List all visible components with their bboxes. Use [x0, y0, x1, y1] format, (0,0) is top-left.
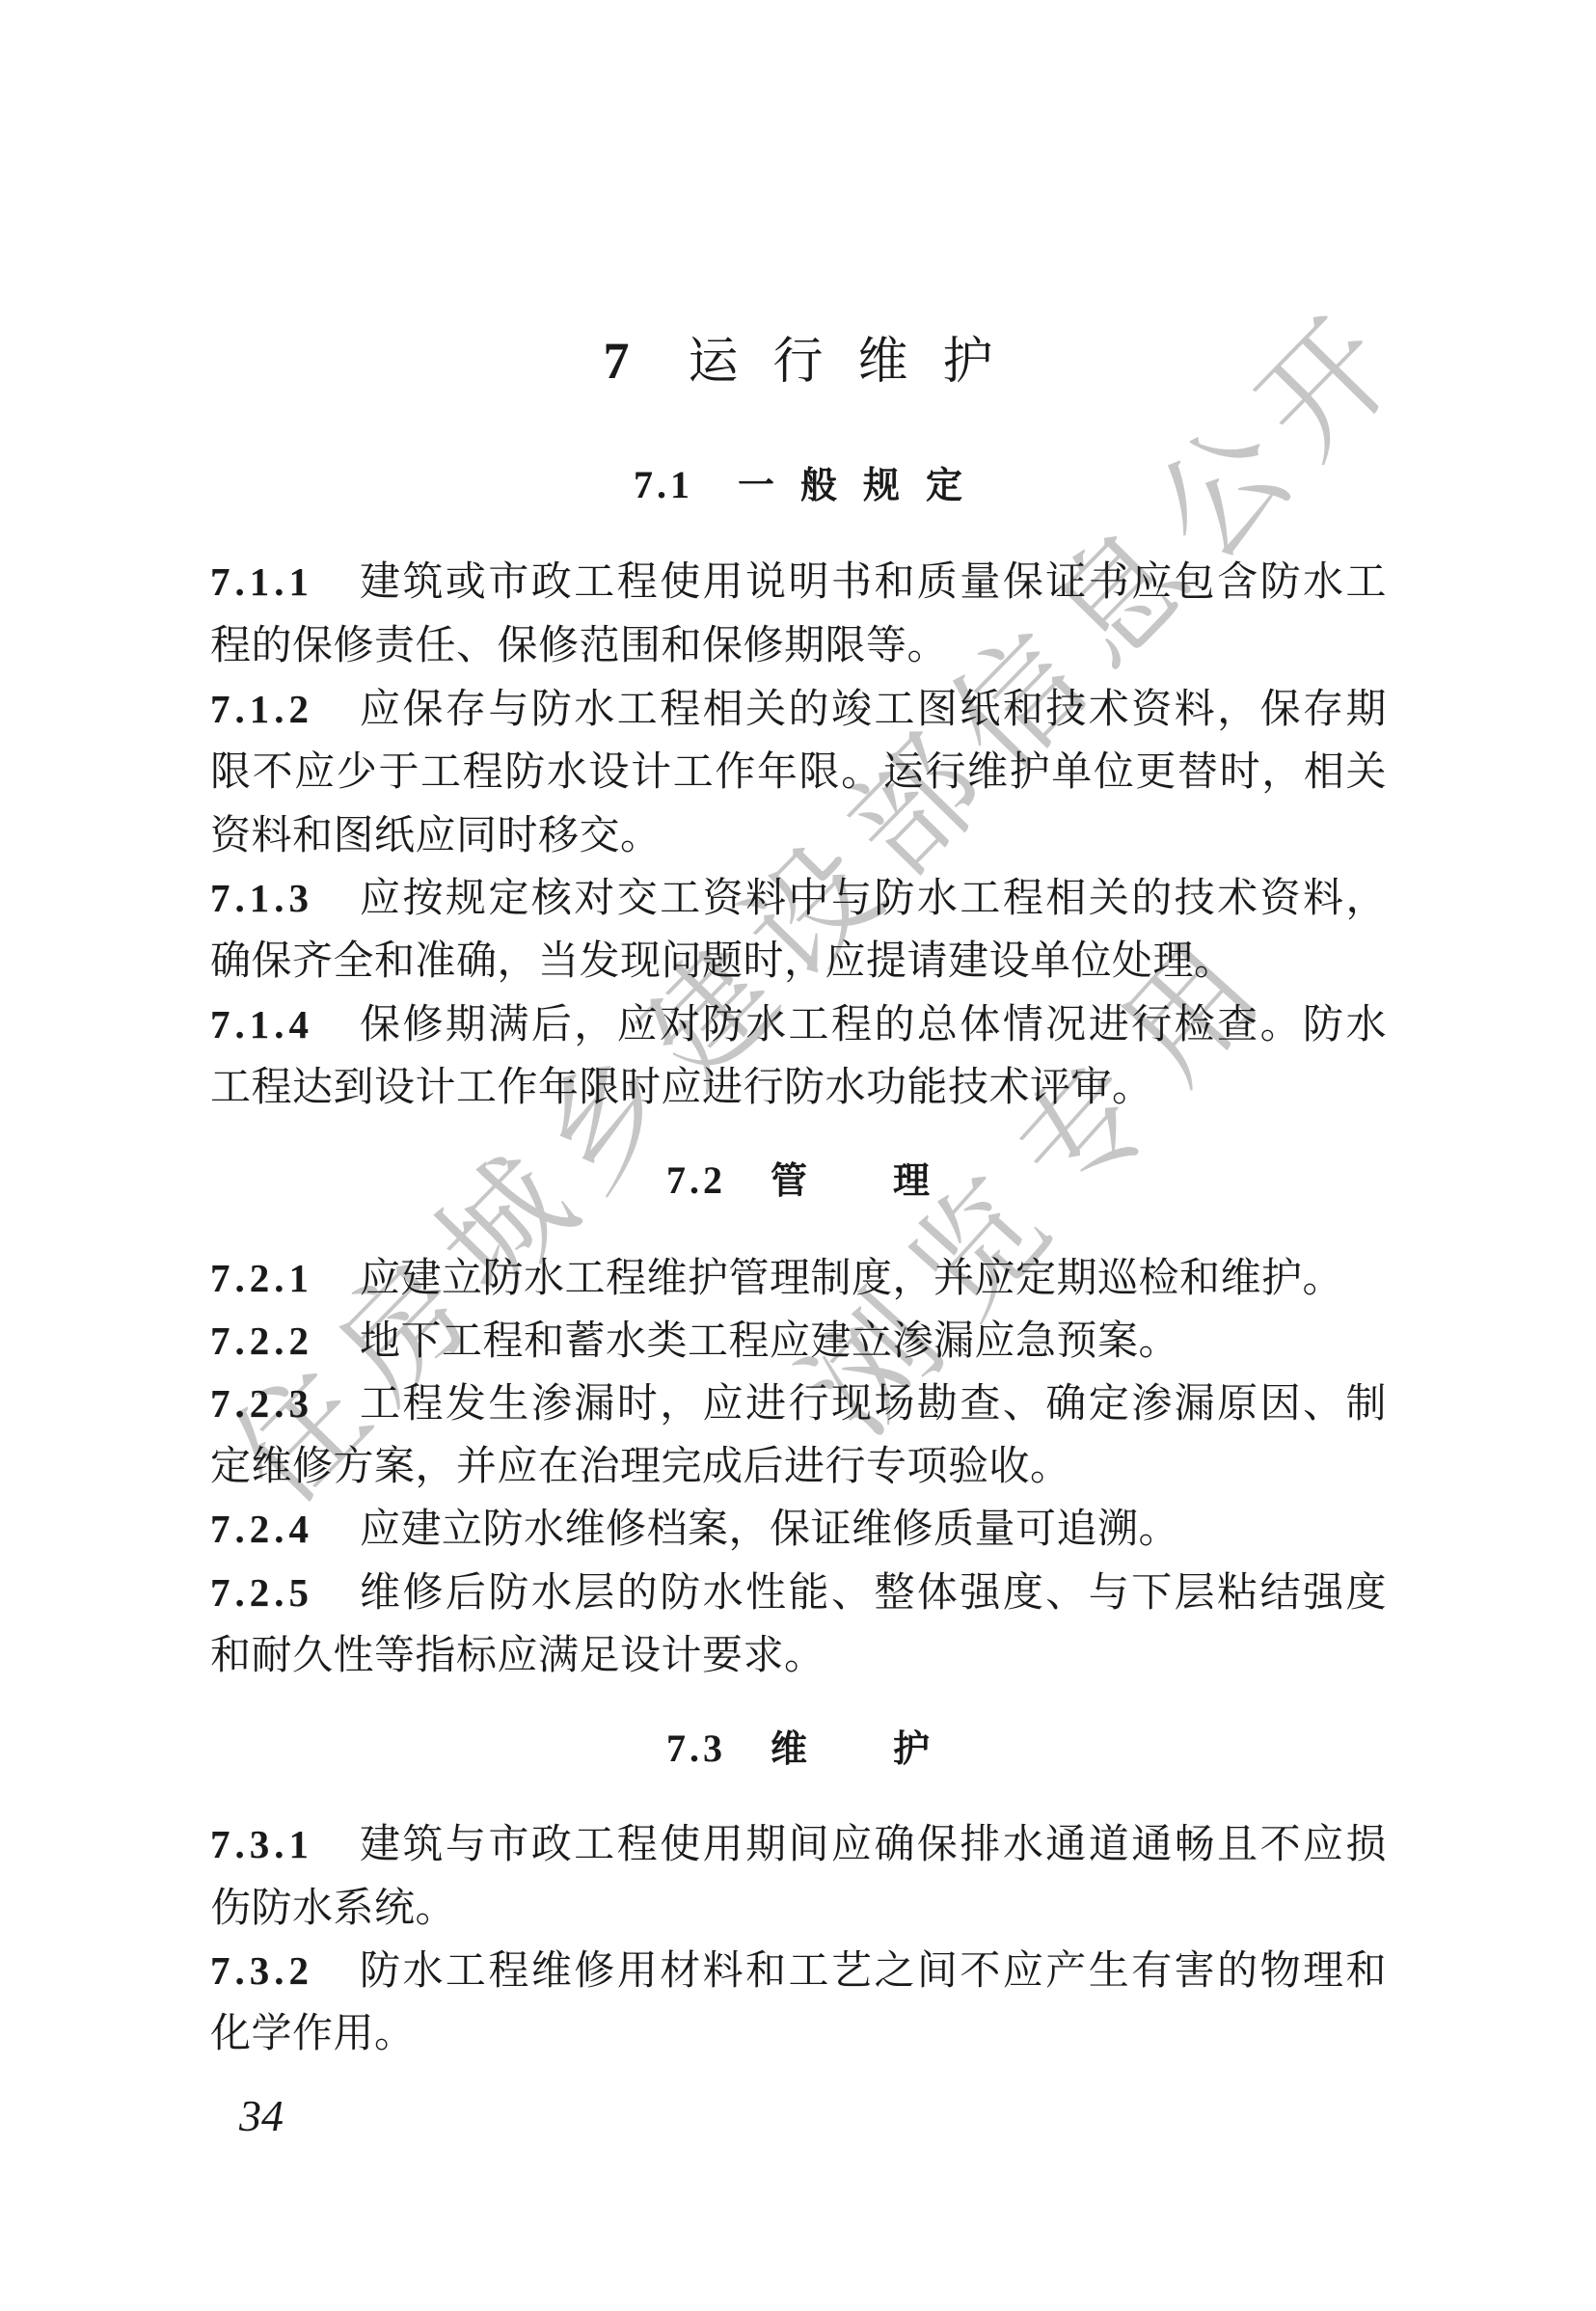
clause-text: 维修后防水层的防水性能、整体强度、与下层粘结强度: [360, 1561, 1387, 1624]
clause-text: 应按规定核对交工资料中与防水工程相关的技术资料，: [360, 866, 1387, 930]
clause-number: 7.3.1: [210, 1812, 313, 1876]
clause-7-2-3-line-1: 7.2.3 工程发生渗漏时，应进行现场勘查、确定渗漏原因、制: [210, 1372, 1387, 1435]
clause-text: 确保齐全和准确，当发现问题时，应提请建设单位处理。: [210, 929, 1387, 992]
document-page: 住房城乡建设部信息公开 浏览专用 7 运行维护 7.1 一般规定 7.1.1 建…: [0, 0, 1596, 2311]
clause-text: 程的保修责任、保修范围和保修期限等。: [210, 613, 1387, 677]
section-number: 7.3: [666, 1725, 726, 1773]
clause-7-1-3-line-1: 7.1.3 应按规定核对交工资料中与防水工程相关的技术资料，: [210, 866, 1387, 930]
clause-text: 限不应少于工程防水设计工作年限。运行维护单位更替时，相关: [210, 740, 1387, 803]
section-number: 7.2: [666, 1156, 726, 1205]
clause-text: 应建立防水工程维护管理制度，并应定期巡检和维护。: [360, 1246, 1387, 1310]
section-heading-7-2: 7.2 管理: [0, 1156, 1596, 1205]
clause-7-3-1-line-2: 伤防水系统。: [210, 1876, 1387, 1940]
clause-7-3-2-line-2: 化学作用。: [210, 2001, 1387, 2065]
section-title: 维护: [771, 1725, 1015, 1773]
clause-7-2-5-line-1: 7.2.5 维修后防水层的防水性能、整体强度、与下层粘结强度: [210, 1561, 1387, 1624]
clause-text: 化学作用。: [210, 2001, 1387, 2065]
clause-7-3-1-line-1: 7.3.1 建筑与市政工程使用期间应确保排水通道通畅且不应损: [210, 1812, 1387, 1876]
page-number: 34: [239, 2087, 284, 2145]
clause-text: 建筑与市政工程使用期间应确保排水通道通畅且不应损: [360, 1812, 1387, 1876]
clause-text: 定维修方案，并应在治理完成后进行专项验收。: [210, 1434, 1387, 1498]
clause-7-3-2-line-1: 7.3.2 防水工程维修用材料和工艺之间不应产生有害的物理和: [210, 1939, 1387, 2002]
clause-number: 7.1.3: [210, 866, 313, 930]
clause-7-2-3-line-2: 定维修方案，并应在治理完成后进行专项验收。: [210, 1434, 1387, 1498]
clause-text: 应保存与防水工程相关的竣工图纸和技术资料，保存期: [360, 677, 1387, 741]
clause-text: 资料和图纸应同时移交。: [210, 803, 1387, 867]
clause-7-1-1-line-1: 7.1.1 建筑或市政工程使用说明书和质量保证书应包含防水工: [210, 550, 1387, 613]
section-heading-7-3: 7.3 维护: [0, 1725, 1596, 1773]
clause-text: 建筑或市政工程使用说明书和质量保证书应包含防水工: [360, 550, 1387, 613]
chapter-number: 7: [603, 332, 629, 390]
clause-text: 和耐久性等指标应满足设计要求。: [210, 1623, 1387, 1687]
clause-7-2-5-line-2: 和耐久性等指标应满足设计要求。: [210, 1623, 1387, 1687]
chapter-title: 运行维护: [688, 333, 1027, 391]
clause-number: 7.1.2: [210, 677, 313, 741]
section-heading-7-1: 7.1 一般规定: [0, 461, 1596, 509]
clause-7-2-1-line-1: 7.2.1 应建立防水工程维护管理制度，并应定期巡检和维护。: [210, 1246, 1387, 1310]
clause-7-1-1-line-2: 程的保修责任、保修范围和保修期限等。: [210, 613, 1387, 677]
clause-number: 7.2.5: [210, 1561, 313, 1624]
clause-7-1-3-line-2: 确保齐全和准确，当发现问题时，应提请建设单位处理。: [210, 929, 1387, 992]
clause-text: 伤防水系统。: [210, 1876, 1387, 1940]
clause-7-1-2-line-1: 7.1.2 应保存与防水工程相关的竣工图纸和技术资料，保存期: [210, 677, 1387, 741]
clause-text: 地下工程和蓄水类工程应建立渗漏应急预案。: [360, 1309, 1387, 1373]
clause-text: 应建立防水维修档案，保证维修质量可追溯。: [360, 1497, 1387, 1561]
clause-text: 工程达到设计工作年限时应进行防水功能技术评审。: [210, 1055, 1387, 1119]
clause-number: 7.1.4: [210, 992, 313, 1056]
clause-number: 7.2.2: [210, 1309, 313, 1373]
section-number: 7.1: [634, 461, 693, 509]
clause-text: 保修期满后，应对防水工程的总体情况进行检查。防水: [360, 992, 1387, 1056]
clause-number: 7.2.1: [210, 1246, 313, 1310]
clause-7-2-4-line-1: 7.2.4 应建立防水维修档案，保证维修质量可追溯。: [210, 1497, 1387, 1561]
clause-7-1-4-line-2: 工程达到设计工作年限时应进行防水功能技术评审。: [210, 1055, 1387, 1119]
clause-number: 7.2.4: [210, 1497, 313, 1561]
clause-7-1-4-line-1: 7.1.4 保修期满后，应对防水工程的总体情况进行检查。防水: [210, 992, 1387, 1056]
clause-number: 7.1.1: [210, 550, 313, 613]
clause-7-1-2-line-3: 资料和图纸应同时移交。: [210, 803, 1387, 867]
clause-number: 7.2.3: [210, 1372, 313, 1435]
clause-number: 7.3.2: [210, 1939, 313, 2002]
chapter-heading: 7 运行维护: [0, 332, 1596, 390]
clause-7-1-2-line-2: 限不应少于工程防水设计工作年限。运行维护单位更替时，相关: [210, 740, 1387, 803]
section-title: 管理: [771, 1156, 1015, 1205]
clause-7-2-2-line-1: 7.2.2 地下工程和蓄水类工程应建立渗漏应急预案。: [210, 1309, 1387, 1373]
section-title: 一般规定: [738, 461, 988, 509]
clause-text: 工程发生渗漏时，应进行现场勘查、确定渗漏原因、制: [360, 1372, 1387, 1435]
clause-text: 防水工程维修用材料和工艺之间不应产生有害的物理和: [360, 1939, 1387, 2002]
